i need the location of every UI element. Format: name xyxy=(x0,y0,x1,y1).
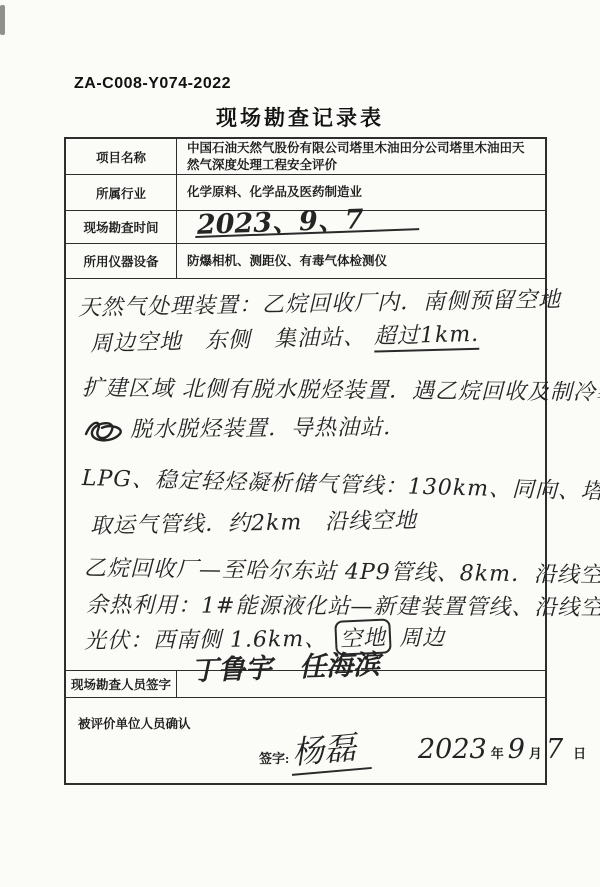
confirmation-label: 被评价单位人员确认 xyxy=(78,714,191,732)
note-line-6: 取运气管线．约2km 沿线空地 xyxy=(90,503,418,540)
confirm-handwritten-signature: 杨磊 xyxy=(288,721,372,776)
note-line-1: 天然气处理装置：乙烷回收厂内．南侧预留空地 xyxy=(78,283,561,322)
note-line-8: 余热利用：1#能源液化站—新建装置管线、沿线空地 xyxy=(86,588,600,622)
survey-time-value: 2023、9、7 xyxy=(177,211,545,243)
industry-label: 所属行业 xyxy=(66,175,177,210)
project-name-label: 项目名称 xyxy=(66,139,177,174)
survey-record-table: 项目名称 中国石油天然气股份有限公司塔里木油田分公司塔里木油田天然气深度处理工程… xyxy=(64,137,547,785)
month-label: 月 xyxy=(529,743,542,762)
confirmation-cell: 被评价单位人员确认 签字: 杨磊 2023 年 9 月 7 日 xyxy=(66,698,545,783)
note-line-2: 周边空地 东侧 集油站、 超过1km. xyxy=(90,317,480,358)
handwritten-month: 9 xyxy=(508,734,525,765)
survey-time-label: 现场勘查时间 xyxy=(66,211,177,243)
handwritten-year: 2023 xyxy=(418,734,487,765)
handwritten-notes-area: 天然气处理装置：乙烷回收厂内．南侧预留空地 周边空地 东侧 集油站、 超过1km… xyxy=(66,279,545,670)
surveyor-handwritten-signatures: 丁鲁宇 任海滨 xyxy=(191,656,380,680)
project-name-value: 中国石油天然气股份有限公司塔里木油田分公司塔里木油田天然气深度处理工程安全评价 xyxy=(177,139,545,174)
surveyor-signature-cell: 丁鲁宇 任海滨 xyxy=(177,671,545,697)
table-row-survey-time: 现场勘查时间 2023、9、7 xyxy=(66,211,545,244)
table-row-confirmation: 被评价单位人员确认 签字: 杨磊 2023 年 9 月 7 日 xyxy=(66,698,545,783)
sign-here-label: 签字: xyxy=(259,748,289,767)
handwritten-survey-date: 2023、9、7 xyxy=(195,209,419,238)
surveyor-signature-label: 现场勘查人员签字 xyxy=(66,671,177,697)
table-row-project-name: 项目名称 中国石油天然气股份有限公司塔里木油田分公司塔里木油田天然气深度处理工程… xyxy=(66,139,545,175)
scan-artifact-mark xyxy=(0,5,5,35)
instruments-label: 所用仪器设备 xyxy=(66,244,177,278)
page-title: 现场勘查记录表 xyxy=(0,102,600,132)
note-line-4: 脱水脱烃装置．导热油站． xyxy=(82,410,406,446)
handwritten-day: 7 xyxy=(546,734,563,765)
note-line-2-underlined: 超过1km. xyxy=(374,322,480,353)
note-line-5: LPG、稳定轻烃凝析储气管线：130km、同向、塔沿线空地 xyxy=(82,461,600,508)
table-row-notes: 天然气处理装置：乙烷回收厂内．南侧预留空地 周边空地 东侧 集油站、 超过1km… xyxy=(66,279,545,671)
note-line-9-text: 光伏：西南侧 1.6km、 xyxy=(84,627,327,654)
table-row-instruments: 所用仪器设备 防爆相机、测距仪、有毒气体检测仪 xyxy=(66,244,545,279)
note-line-9-suffix: 周边 xyxy=(399,626,445,651)
day-label: 日 xyxy=(573,743,586,762)
note-line-7: 乙烷回收厂—至哈尔东站 4P9管线、8km．沿线空地 xyxy=(84,551,600,590)
scribble-mark xyxy=(82,416,126,446)
confirmation-date: 2023 年 9 月 7 日 xyxy=(418,734,590,765)
year-label: 年 xyxy=(491,743,504,762)
note-line-2-text: 周边空地 东侧 集油站、 xyxy=(90,325,367,357)
instruments-value: 防爆相机、测距仪、有毒气体检测仪 xyxy=(177,244,545,278)
note-line-4-text: 脱水脱烃装置．导热油站． xyxy=(130,415,406,442)
table-row-surveyor-signature: 现场勘查人员签字 丁鲁宇 任海滨 xyxy=(66,671,545,698)
document-number: ZA-C008-Y074-2022 xyxy=(74,75,231,93)
note-line-9: 光伏：西南侧 1.6km、 空地 周边 xyxy=(84,619,446,657)
scanned-form-page: ZA-C008-Y074-2022 现场勘查记录表 项目名称 中国石油天然气股份… xyxy=(0,0,600,887)
note-line-3: 扩建区域 北侧有脱水脱烃装置．遇乙烷回收及制冷装置 xyxy=(82,371,600,407)
